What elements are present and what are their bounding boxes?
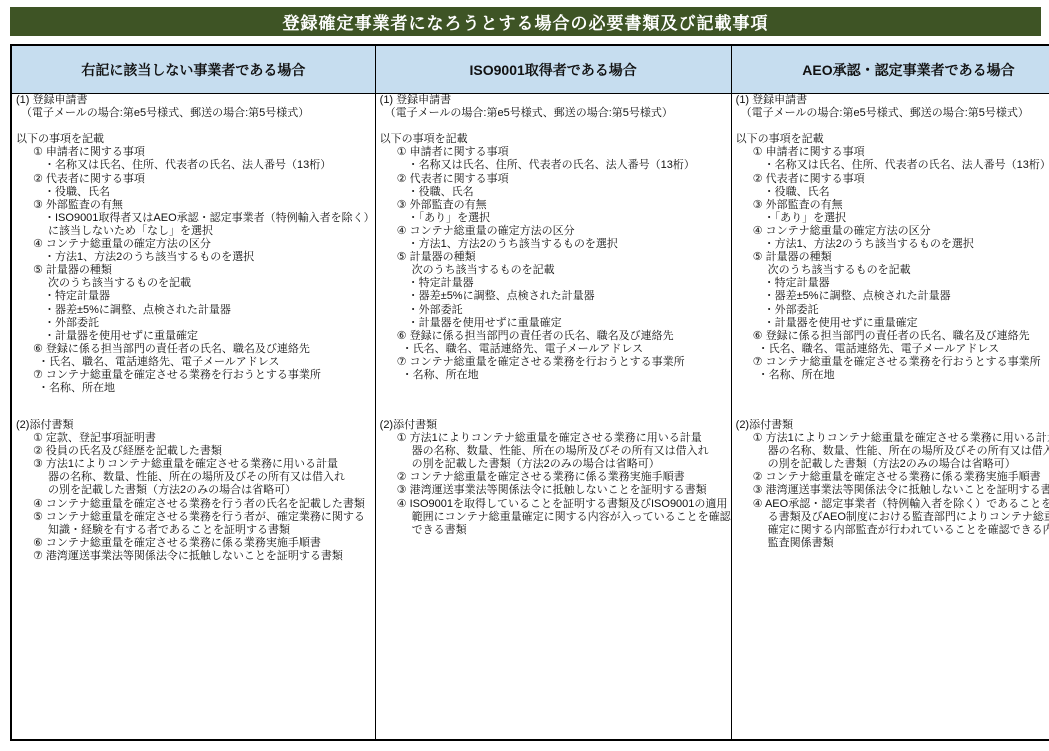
text-line: ⑥ 登録に係る担当部門の責任者の氏名、職名及び連絡先	[732, 330, 1049, 343]
text-line: ③ 方法1によりコンテナ総重量を確定させる業務に用いる計量	[12, 458, 375, 471]
text-line: ・役職、氏名	[376, 186, 731, 199]
table-header-row: 右記に該当しない事業者である場合ISO9001取得者である場合AEO承認・認定事…	[11, 45, 1049, 94]
text-line: 知識・経験を有する者であることを証明する書類	[12, 524, 375, 537]
text-line: ③ 外部監査の有無	[12, 199, 375, 212]
text-line: ・器差±5%に調整、点検された計量器	[12, 304, 375, 317]
text-line: 次のうち該当するものを記載	[732, 264, 1049, 277]
text-line: ⑤ 計量器の種類	[732, 251, 1049, 264]
text-line: (2)添付書類	[376, 419, 731, 432]
text-line: ④ コンテナ総重量の確定方法の区分	[12, 238, 375, 251]
text-line: ② コンテナ総重量を確定させる業務に係る業務実施手順書	[376, 471, 731, 484]
column-header-1: 右記に該当しない事業者である場合	[11, 45, 375, 94]
attachments-section: (2)添付書類① 方法1によりコンテナ総重量を確定させる業務に用いる計量器の名称…	[376, 419, 731, 537]
text-line: ⑦ コンテナ総重量を確定させる業務を行おうとする事業所	[376, 356, 731, 369]
text-line: ・氏名、職名、電話連絡先、電子メールアドレス	[12, 356, 375, 369]
text-line: ① 方法1によりコンテナ総重量を確定させる業務に用いる計量	[376, 432, 731, 445]
text-line: ・役職、氏名	[732, 186, 1049, 199]
text-line: の別を記載した書類（方法2のみの場合は省略可）	[12, 484, 375, 497]
text-line: ④ AEO承認・認定事業者（特例輸入者を除く）であることを証明す	[732, 498, 1049, 511]
text-line: ・「あり」を選択	[376, 212, 731, 225]
column-cell-2: (1) 登録申請書（電子メールの場合:第e5号様式、郵送の場合:第5号様式） 以…	[375, 94, 731, 741]
text-line: 以下の事項を記載	[376, 133, 731, 146]
text-line: ⑤ 計量器の種類	[376, 251, 731, 264]
text-line: ④ コンテナ総重量を確定させる業務を行う者の氏名を記載した書類	[12, 498, 375, 511]
text-line: ③ 外部監査の有無	[376, 199, 731, 212]
text-line: ・名称、所在地	[376, 369, 731, 382]
text-line: ⑦ 港湾運送事業法等関係法令に抵触しないことを証明する書類	[12, 550, 375, 563]
text-line: ④ ISO9001を取得していることを証明する書類及びISO9001の適用	[376, 498, 731, 511]
text-line: ・外部委託	[12, 317, 375, 330]
text-line: 以下の事項を記載	[12, 133, 375, 146]
text-line: （電子メールの場合:第e5号様式、郵送の場合:第5号様式）	[12, 107, 375, 120]
text-line: ⑤ 計量器の種類	[12, 264, 375, 277]
text-line	[732, 120, 1049, 133]
text-line: ・計量器を使用せずに重量確定	[12, 330, 375, 343]
text-line: 監査関係書類	[732, 537, 1049, 550]
text-line: 以下の事項を記載	[732, 133, 1049, 146]
text-line: (1) 登録申請書	[732, 94, 1049, 107]
attachments-section: (2)添付書類① 方法1によりコンテナ総重量を確定させる業務に用いる計量器の名称…	[732, 419, 1049, 550]
text-line: ・氏名、職名、電話連絡先、電子メールアドレス	[732, 343, 1049, 356]
text-line: 器の名称、数量、性能、所在の場所及びその所有又は借入れ	[12, 471, 375, 484]
text-line: ③ 外部監査の有無	[732, 199, 1049, 212]
text-line: (1) 登録申請書	[12, 94, 375, 107]
text-line: 器の名称、数量、性能、所在の場所及びその所有又は借入れ	[732, 445, 1049, 458]
text-line: ⑤ コンテナ総重量を確定させる業務を行う者が、確定業務に関する	[12, 511, 375, 524]
text-line: ・計量器を使用せずに重量確定	[732, 317, 1049, 330]
text-line: ② コンテナ総重量を確定させる業務に係る業務実施手順書	[732, 471, 1049, 484]
text-line: ・名称又は氏名、住所、代表者の氏名、法人番号（13桁）	[376, 159, 731, 172]
text-line: ・計量器を使用せずに重量確定	[376, 317, 731, 330]
text-line: （電子メールの場合:第e5号様式、郵送の場合:第5号様式）	[732, 107, 1049, 120]
application-form-section: (1) 登録申請書（電子メールの場合:第e5号様式、郵送の場合:第5号様式） 以…	[12, 94, 375, 419]
text-line: ・特定計量器	[12, 290, 375, 303]
table-body-row: (1) 登録申請書（電子メールの場合:第e5号様式、郵送の場合:第5号様式） 以…	[11, 94, 1049, 741]
text-line: (1) 登録申請書	[376, 94, 731, 107]
page-title: 登録確定事業者になろうとする場合の必要書類及び記載事項	[10, 7, 1041, 36]
text-line: ② 役員の氏名及び経歴を記載した書類	[12, 445, 375, 458]
text-line: ② 代表者に関する事項	[732, 173, 1049, 186]
column-cell-3: (1) 登録申請書（電子メールの場合:第e5号様式、郵送の場合:第5号様式） 以…	[731, 94, 1049, 741]
text-line: ① 方法1によりコンテナ総重量を確定させる業務に用いる計量	[732, 432, 1049, 445]
text-line	[12, 120, 375, 133]
text-line: る書類及びAEO制度における監査部門によりコンテナ総重量	[732, 511, 1049, 524]
text-line: 確定に関する内部監査が行われていることを確認できる内部	[732, 524, 1049, 537]
text-line: ④ コンテナ総重量の確定方法の区分	[732, 225, 1049, 238]
text-line: ④ コンテナ総重量の確定方法の区分	[376, 225, 731, 238]
text-line: ・氏名、職名、電話連絡先、電子メールアドレス	[376, 343, 731, 356]
text-line: ・方法1、方法2のうち該当するものを選択	[376, 238, 731, 251]
text-line: ・ISO9001取得者又はAEO承認・認定事業者（特例輸入者を除く）	[12, 212, 375, 225]
text-line: 次のうち該当するものを記載	[12, 277, 375, 290]
text-line: ・「あり」を選択	[732, 212, 1049, 225]
text-line: ・方法1、方法2のうち該当するものを選択	[732, 238, 1049, 251]
text-line: ③ 港湾運送事業法等関係法令に抵触しないことを証明する書類	[376, 484, 731, 497]
text-line: 器の名称、数量、性能、所在の場所及びその所有又は借入れ	[376, 445, 731, 458]
text-line: ① 申請者に関する事項	[732, 146, 1049, 159]
text-line: ・外部委託	[376, 304, 731, 317]
text-line: (2)添付書類	[12, 419, 375, 432]
text-line: ・外部委託	[732, 304, 1049, 317]
text-line: ・名称又は氏名、住所、代表者の氏名、法人番号（13桁）	[732, 159, 1049, 172]
text-line	[376, 120, 731, 133]
attachments-section: (2)添付書類① 定款、登記事項証明書② 役員の氏名及び経歴を記載した書類③ 方…	[12, 419, 375, 563]
requirements-table: 右記に該当しない事業者である場合ISO9001取得者である場合AEO承認・認定事…	[10, 44, 1049, 741]
text-line: ・役職、氏名	[12, 186, 375, 199]
text-line: ・器差±5%に調整、点検された計量器	[376, 290, 731, 303]
text-line: できる書類	[376, 524, 731, 537]
application-form-section: (1) 登録申請書（電子メールの場合:第e5号様式、郵送の場合:第5号様式） 以…	[376, 94, 731, 419]
text-line: ③ 港湾運送事業法等関係法令に抵触しないことを証明する書類	[732, 484, 1049, 497]
text-line: の別を記載した書類（方法2のみの場合は省略可）	[376, 458, 731, 471]
text-line: ⑦ コンテナ総重量を確定させる業務を行おうとする事業所	[732, 356, 1049, 369]
text-line: ⑦ コンテナ総重量を確定させる業務を行おうとする事業所	[12, 369, 375, 382]
text-line: ② 代表者に関する事項	[376, 173, 731, 186]
text-line: ① 申請者に関する事項	[12, 146, 375, 159]
text-line: ・名称、所在地	[732, 369, 1049, 382]
text-line: ⑥ コンテナ総重量を確定させる業務に係る業務実施手順書	[12, 537, 375, 550]
text-line: ・特定計量器	[732, 277, 1049, 290]
text-line: ① 申請者に関する事項	[376, 146, 731, 159]
text-line: ・名称、所在地	[12, 382, 375, 395]
column-cell-1: (1) 登録申請書（電子メールの場合:第e5号様式、郵送の場合:第5号様式） 以…	[11, 94, 375, 741]
text-line: ② 代表者に関する事項	[12, 173, 375, 186]
text-line: ・器差±5%に調整、点検された計量器	[732, 290, 1049, 303]
text-line: ・特定計量器	[376, 277, 731, 290]
text-line: 次のうち該当するものを記載	[376, 264, 731, 277]
application-form-section: (1) 登録申請書（電子メールの場合:第e5号様式、郵送の場合:第5号様式） 以…	[732, 94, 1049, 419]
text-line: ・方法1、方法2のうち該当するものを選択	[12, 251, 375, 264]
text-line: ① 定款、登記事項証明書	[12, 432, 375, 445]
text-line: ⑥ 登録に係る担当部門の責任者の氏名、職名及び連絡先	[376, 330, 731, 343]
text-line: に該当しないため「なし」を選択	[12, 225, 375, 238]
text-line: ・名称又は氏名、住所、代表者の氏名、法人番号（13桁）	[12, 159, 375, 172]
text-line: (2)添付書類	[732, 419, 1049, 432]
text-line: 範囲にコンテナ総重量確定に関する内容が入っていることを確認	[376, 511, 731, 524]
text-line: ⑥ 登録に係る担当部門の責任者の氏名、職名及び連絡先	[12, 343, 375, 356]
column-header-2: ISO9001取得者である場合	[375, 45, 731, 94]
text-line: の別を記載した書類（方法2のみの場合は省略可）	[732, 458, 1049, 471]
column-header-3: AEO承認・認定事業者である場合	[731, 45, 1049, 94]
text-line: （電子メールの場合:第e5号様式、郵送の場合:第5号様式）	[376, 107, 731, 120]
